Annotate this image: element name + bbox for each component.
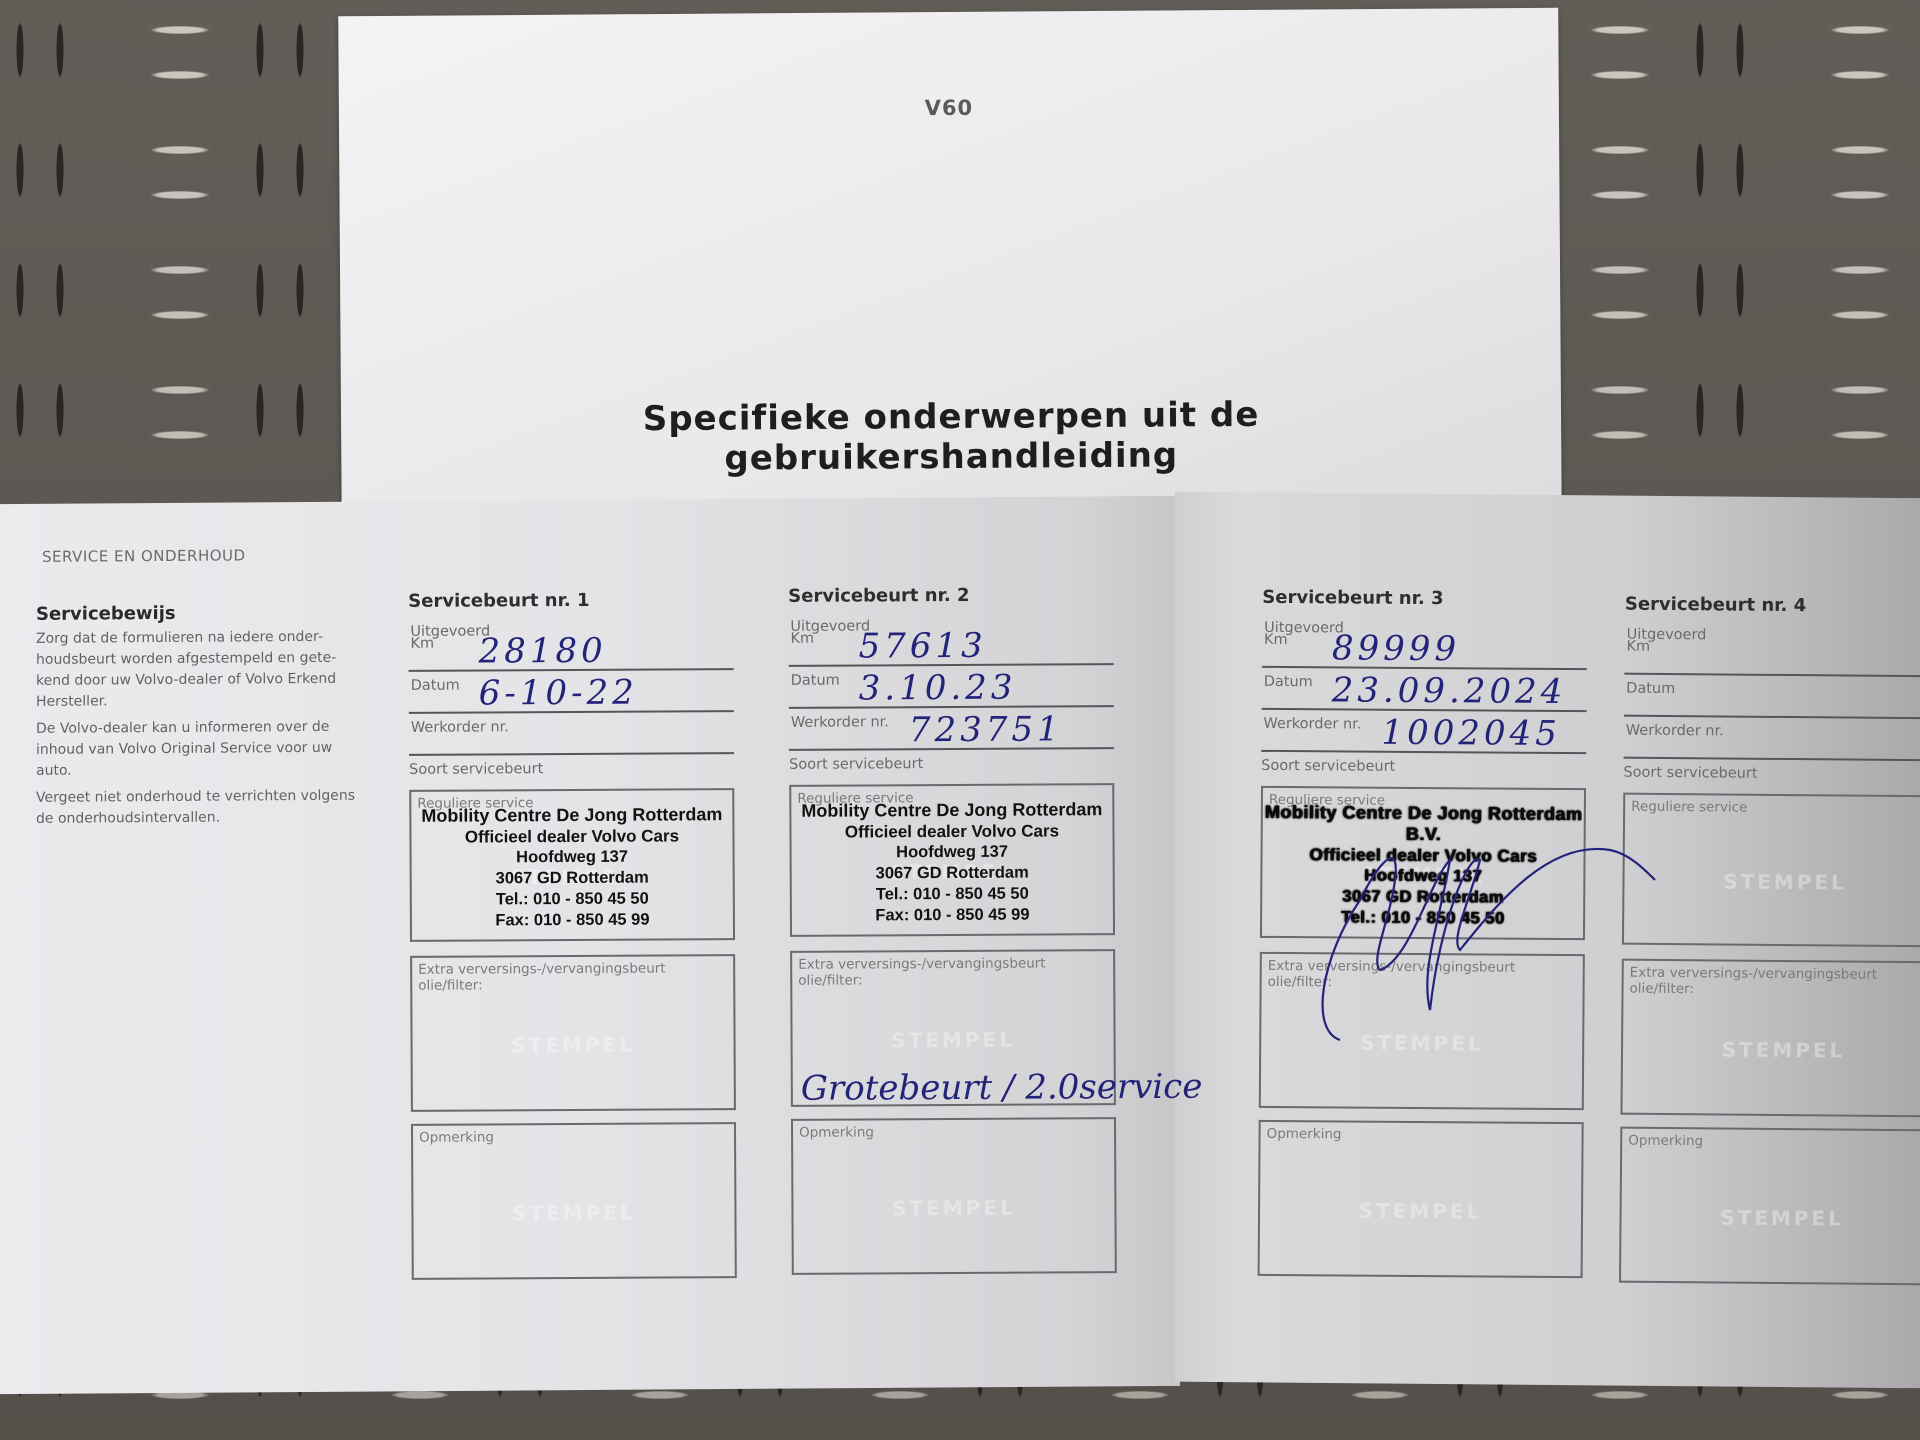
service-record-2: Servicebeurt nr. 2 Uitgevoerd Km 57613 D… [788, 584, 1117, 1275]
datum-row: Datum [1624, 675, 1920, 720]
datum-label: Datum [791, 673, 840, 689]
service-title: Servicebeurt nr. 4 [1625, 594, 1920, 618]
km-label: Km [410, 636, 434, 652]
km-label: Km [790, 631, 814, 647]
stamp-line: Mobility Centre De Jong Rotterdam B.V. [1245, 802, 1602, 846]
opmerking-box[interactable]: Opmerking STEMPEL [1619, 1127, 1920, 1286]
stamp-line: Mobility Centre De Jong Rotterdam [773, 799, 1130, 822]
stamp-line: Tel.: 010 - 850 45 50 [1244, 907, 1601, 930]
datum-row: Datum 6-10-22 [409, 670, 734, 714]
km-row: Uitgevoerd Km 89999 [1262, 620, 1587, 670]
stempel-watermark: STEMPEL [793, 1195, 1114, 1221]
intro-block: Servicebewijs Zorg dat de formulieren na… [36, 602, 366, 836]
opmerking-label: Opmerking [799, 1124, 874, 1140]
dealer-stamp: Mobility Centre De Jong Rotterdam B.V. O… [1244, 802, 1602, 930]
werkorder-value[interactable]: 723751 [909, 709, 1063, 750]
km-row: Uitgevoerd Km 57613 [788, 617, 1113, 667]
stempel-watermark: STEMPEL [1261, 1030, 1582, 1056]
reguliere-label: Reguliere service [1631, 799, 1747, 816]
extra-label: Extra verversings-/vervangingsbeurt olie… [798, 955, 1113, 989]
intro-heading: Servicebewijs [36, 602, 366, 625]
extra-label: Extra verversings-/vervangingsbeurt olie… [1268, 958, 1583, 992]
opmerking-box[interactable]: Opmerking STEMPEL [1258, 1120, 1584, 1278]
service-record-3: Servicebeurt nr. 3 Uitgevoerd Km 89999 D… [1258, 587, 1588, 1278]
stempel-watermark: STEMPEL [1260, 1198, 1581, 1224]
stamp-line: Hoofdweg 137 [1244, 865, 1601, 888]
reguliere-service-box[interactable]: Reguliere service STEMPEL [1622, 793, 1920, 948]
opmerking-label: Opmerking [419, 1129, 494, 1145]
opmerking-label: Opmerking [1628, 1133, 1703, 1150]
stamp-line: Officieel dealer Volvo Cars [773, 820, 1130, 843]
stempel-watermark: STEMPEL [1623, 1037, 1920, 1064]
extra-label: Extra verversings-/vervangingsbeurt olie… [418, 960, 733, 994]
soort-label: Soort servicebeurt [1623, 759, 1920, 790]
stamp-line: Fax: 010 - 850 45 99 [394, 909, 751, 932]
werkorder-row: Werkorder nr. 1002045 [1261, 710, 1586, 754]
service-title: Servicebeurt nr. 2 [788, 584, 1113, 607]
service-title: Servicebeurt nr. 3 [1262, 587, 1587, 610]
service-record-4: Servicebeurt nr. 4 Uitgevoerd Km Datum W… [1619, 594, 1920, 1286]
stempel-watermark: STEMPEL [1624, 869, 1920, 896]
werkorder-label: Werkorder nr. [1263, 716, 1361, 733]
werkorder-row: Werkorder nr. [409, 712, 734, 756]
intro-paragraph: De Volvo-dealer kan u informeren over de… [36, 717, 366, 782]
cover-title: Specifieke onderwerpen uit de gebruikers… [341, 393, 1562, 482]
stamp-line: Tel.: 010 - 850 45 50 [394, 888, 751, 911]
datum-value[interactable]: 3.10.23 [859, 668, 1017, 709]
dealer-stamp: Mobility Centre De Jong Rotterdam Offici… [393, 804, 751, 932]
km-value[interactable]: 57613 [858, 626, 986, 667]
datum-label: Datum [1264, 674, 1313, 690]
datum-label: Datum [1626, 681, 1675, 697]
datum-row: Datum 23.09.2024 [1262, 668, 1587, 712]
extra-service-box[interactable]: Extra verversings-/vervangingsbeurt olie… [410, 954, 736, 1112]
km-value[interactable]: 89999 [1332, 628, 1460, 669]
stempel-watermark: STEMPEL [413, 1200, 734, 1226]
stamp-line: Hoofdweg 137 [394, 846, 751, 869]
reguliere-service-box[interactable]: Reguliere service STEMPEL Mobility Centr… [1260, 786, 1586, 940]
intro-paragraph: Vergeet niet onderhoud te verrichten vol… [36, 786, 366, 830]
stamp-line: Officieel dealer Volvo Cars [1244, 844, 1601, 867]
soort-label: Soort servicebeurt [1261, 752, 1586, 782]
datum-value[interactable]: 23.09.2024 [1332, 670, 1567, 712]
stamp-line: 3067 GD Rotterdam [394, 867, 751, 890]
cover-title-line2: gebruikershandleiding [341, 433, 1561, 482]
extra-service-box[interactable]: Extra verversings-/vervangingsbeurt olie… [1259, 952, 1585, 1110]
opmerking-label: Opmerking [1267, 1126, 1342, 1143]
section-label: SERVICE EN ONDERHOUD [42, 546, 246, 565]
werkorder-row: Werkorder nr. [1624, 717, 1920, 762]
manual-cover: V60 Specifieke onderwerpen uit de gebrui… [338, 8, 1562, 527]
werkorder-label: Werkorder nr. [791, 714, 889, 731]
cover-model: V60 [339, 92, 1559, 125]
stamp-line: Hoofdweg 137 [774, 841, 1131, 864]
werkorder-row: Werkorder nr. 723751 [789, 707, 1114, 751]
datum-label: Datum [411, 678, 460, 694]
stamp-line: 3067 GD Rotterdam [1244, 886, 1601, 909]
extra-service-box[interactable]: Extra verversings-/vervangingsbeurt olie… [1620, 959, 1920, 1118]
km-row: Uitgevoerd Km 28180 [408, 622, 733, 672]
opmerking-box[interactable]: Opmerking STEMPEL [791, 1117, 1117, 1275]
extra-label: Extra verversings-/vervangingsbeurt olie… [1629, 965, 1920, 1000]
opmerking-box[interactable]: Opmerking STEMPEL [411, 1122, 737, 1280]
soort-label: Soort servicebeurt [409, 754, 734, 784]
reguliere-service-box[interactable]: Reguliere service STEMPEL Mobility Centr… [789, 783, 1115, 937]
werkorder-label: Werkorder nr. [411, 719, 509, 736]
stamp-line: Mobility Centre De Jong Rotterdam [393, 804, 750, 827]
km-value[interactable]: 28180 [478, 631, 606, 672]
reguliere-service-box[interactable]: Reguliere service STEMPEL Mobility Centr… [409, 788, 735, 942]
km-label: Km [1626, 639, 1650, 655]
stamp-line: 3067 GD Rotterdam [774, 862, 1131, 885]
extra-note: Grotebeurt / 2.0service [801, 1067, 1203, 1109]
werkorder-label: Werkorder nr. [1626, 723, 1724, 740]
km-label: Km [1264, 632, 1288, 648]
stamp-line: Fax: 010 - 850 45 99 [774, 904, 1131, 927]
datum-row: Datum 3.10.23 [789, 665, 1114, 709]
datum-value[interactable]: 6-10-22 [479, 673, 638, 714]
dealer-stamp: Mobility Centre De Jong Rotterdam Offici… [773, 799, 1131, 927]
stamp-line: Tel.: 010 - 850 45 50 [774, 883, 1131, 906]
stamp-line: Officieel dealer Volvo Cars [393, 825, 750, 848]
stempel-watermark: STEMPEL [413, 1032, 734, 1058]
intro-paragraph: Zorg dat de formulieren na iedere onder-… [36, 627, 366, 713]
km-row: Uitgevoerd Km [1624, 627, 1920, 678]
soort-label: Soort servicebeurt [789, 749, 1114, 779]
stempel-watermark: STEMPEL [1621, 1205, 1920, 1232]
stempel-watermark: STEMPEL [793, 1027, 1114, 1053]
werkorder-value[interactable]: 1002045 [1381, 713, 1561, 754]
service-record-1: Servicebeurt nr. 1 Uitgevoerd Km 28180 D… [408, 589, 737, 1280]
extra-service-box[interactable]: Extra verversings-/vervangingsbeurt olie… [790, 949, 1116, 1107]
service-title: Servicebeurt nr. 1 [408, 589, 733, 612]
